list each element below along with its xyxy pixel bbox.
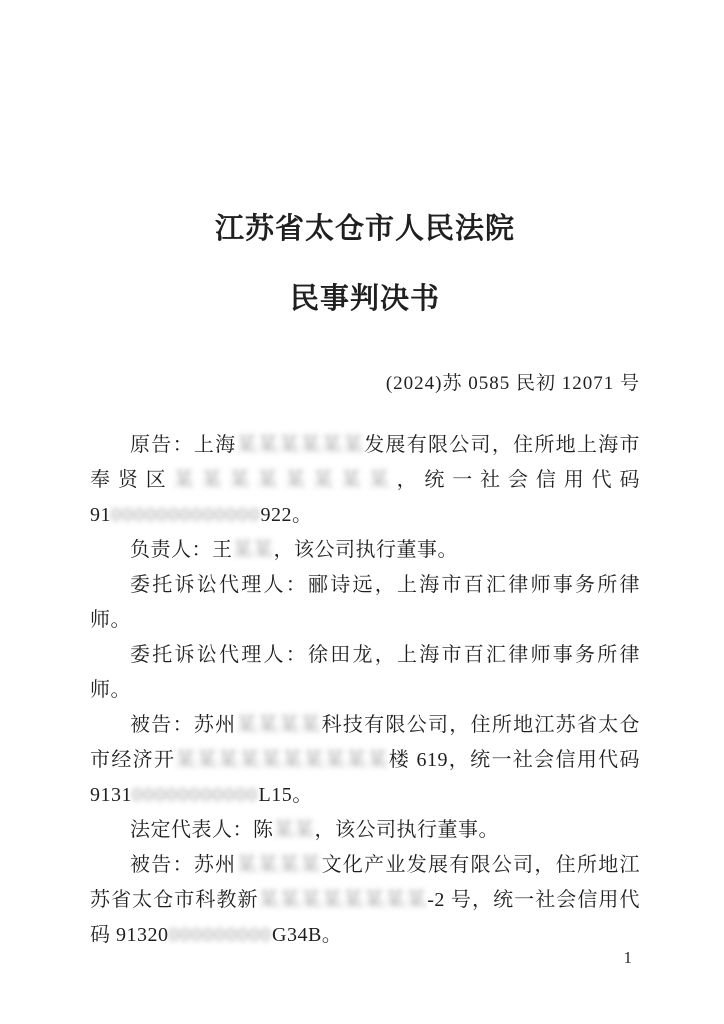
text-segment: G34B。 [272,924,342,946]
redacted-text: 某某某某某某 [236,434,364,456]
redacted-text: 000000000 [169,924,273,946]
court-name: 江苏省太仓市人民法院 [90,0,640,246]
paragraph-defendant-1-representative: 法定代表人：陈某某，该公司执行董事。 [90,813,640,848]
paragraph-defendant-2: 被告：苏州某某某某文化产业发展有限公司，住所地江苏省太仓市科教新某某某某某某某某… [90,848,640,953]
text-segment: ，该公司执行董事。 [274,539,459,561]
paragraph-plaintiff-agent-2: 委托诉讼代理人：徐田龙，上海市百汇律师事务所律师。 [90,638,640,708]
redacted-text: 某某 [274,819,315,841]
text-segment: 原告：上海 [130,434,236,456]
paragraph-defendant-1: 被告：苏州某某某某科技有限公司，住所地江苏省太仓市经济开某某某某某某某某某某楼 … [90,708,640,813]
paragraph-plaintiff-agent-1: 委托诉讼代理人：郦诗远，上海市百汇律师事务所律师。 [90,568,640,638]
text-segment: ，该公司执行董事。 [315,819,500,841]
redacted-text: 某某某某 [236,714,321,736]
paragraph-plaintiff: 原告：上海某某某某某某发展有限公司，住所地上海市奉贤区某某某某某某某某，统一社会… [90,428,640,533]
case-number: (2024)苏 0585 民初 12071 号 [90,370,640,398]
document-body: 原告：上海某某某某某某发展有限公司，住所地上海市奉贤区某某某某某某某某，统一社会… [90,428,640,953]
text-segment: 被告：苏州 [130,714,236,736]
text-segment: 委托诉讼代理人：徐田龙，上海市百汇律师事务所律师。 [90,644,640,701]
redacted-text: 某某某某某某某某某某 [175,749,388,771]
redacted-text: 某某某某某某某某 [259,889,428,911]
text-segment: 被告：苏州 [130,854,236,876]
document-type: 民事判决书 [90,282,640,316]
judgment-page: 江苏省太仓市人民法院 民事判决书 (2024)苏 0585 民初 12071 号… [0,0,724,1024]
page-content: 江苏省太仓市人民法院 民事判决书 (2024)苏 0585 民初 12071 号… [0,0,724,953]
redacted-text: 0000000000000 [111,504,261,526]
paragraph-plaintiff-principal: 负责人：王某某，该公司执行董事。 [90,533,640,568]
text-segment: L15。 [259,784,313,806]
redacted-text: 00000000000 [132,784,259,806]
text-segment: 负责人：王 [130,539,233,561]
page-number: 1 [624,948,633,968]
redacted-text: 某某某某某某某某 [174,469,397,491]
redacted-text: 某某 [233,539,274,561]
redacted-text: 某某某某 [236,854,321,876]
text-segment: 922。 [261,504,313,526]
text-segment: 法定代表人：陈 [130,819,274,841]
text-segment: 委托诉讼代理人：郦诗远，上海市百汇律师事务所律师。 [90,574,640,631]
